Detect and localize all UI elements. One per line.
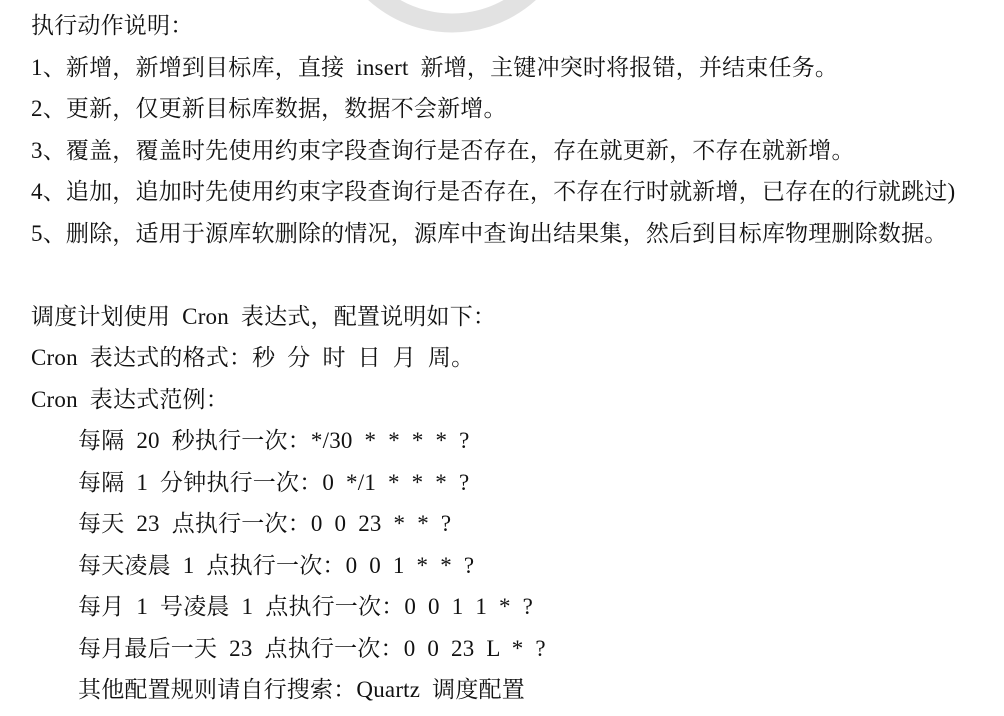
cron-example-every-20s: 每隔 20 秒执行一次：*/30 * * * * ? <box>31 420 996 462</box>
cron-examples-title: Cron 表达式范例： <box>31 379 996 421</box>
section-title-execution-actions: 执行动作说明： <box>31 5 996 47</box>
action-item-insert: 1、新增，新增到目标库，直接 insert 新增，主键冲突时将报错，并结束任务。 <box>31 47 996 89</box>
action-item-delete: 5、删除，适用于源库软删除的情况，源库中查询出结果集，然后到目标库物理删除数据。 <box>31 213 996 255</box>
cron-intro: 调度计划使用 Cron 表达式，配置说明如下： <box>31 296 996 338</box>
cron-example-every-1min: 每隔 1 分钟执行一次：0 */1 * * * ? <box>31 462 996 504</box>
cron-example-daily-1am: 每天凌晨 1 点执行一次：0 0 1 * * ? <box>31 545 996 587</box>
cron-example-monthly-lastday-23h: 每月最后一天 23 点执行一次：0 0 23 L * ? <box>31 628 996 670</box>
cron-example-daily-23h: 每天 23 点执行一次：0 0 23 * * ? <box>31 503 996 545</box>
action-item-append: 4、追加，追加时先使用约束字段查询行是否存在，不存在行时就新增，已存在的行就跳过… <box>31 171 996 213</box>
action-item-overwrite: 3、覆盖，覆盖时先使用约束字段查询行是否存在，存在就更新，不存在就新增。 <box>31 130 996 172</box>
document-page: 执行动作说明： 1、新增，新增到目标库，直接 insert 新增，主键冲突时将报… <box>0 0 1004 716</box>
cron-example-other-rules: 其他配置规则请自行搜索：Quartz 调度配置 <box>31 669 996 711</box>
cron-example-monthly-1st-1am: 每月 1 号凌晨 1 点执行一次：0 0 1 1 * ? <box>31 586 996 628</box>
action-item-update: 2、更新，仅更新目标库数据，数据不会新增。 <box>31 88 996 130</box>
blank-line <box>31 254 996 296</box>
cron-format: Cron 表达式的格式：秒 分 时 日 月 周。 <box>31 337 996 379</box>
